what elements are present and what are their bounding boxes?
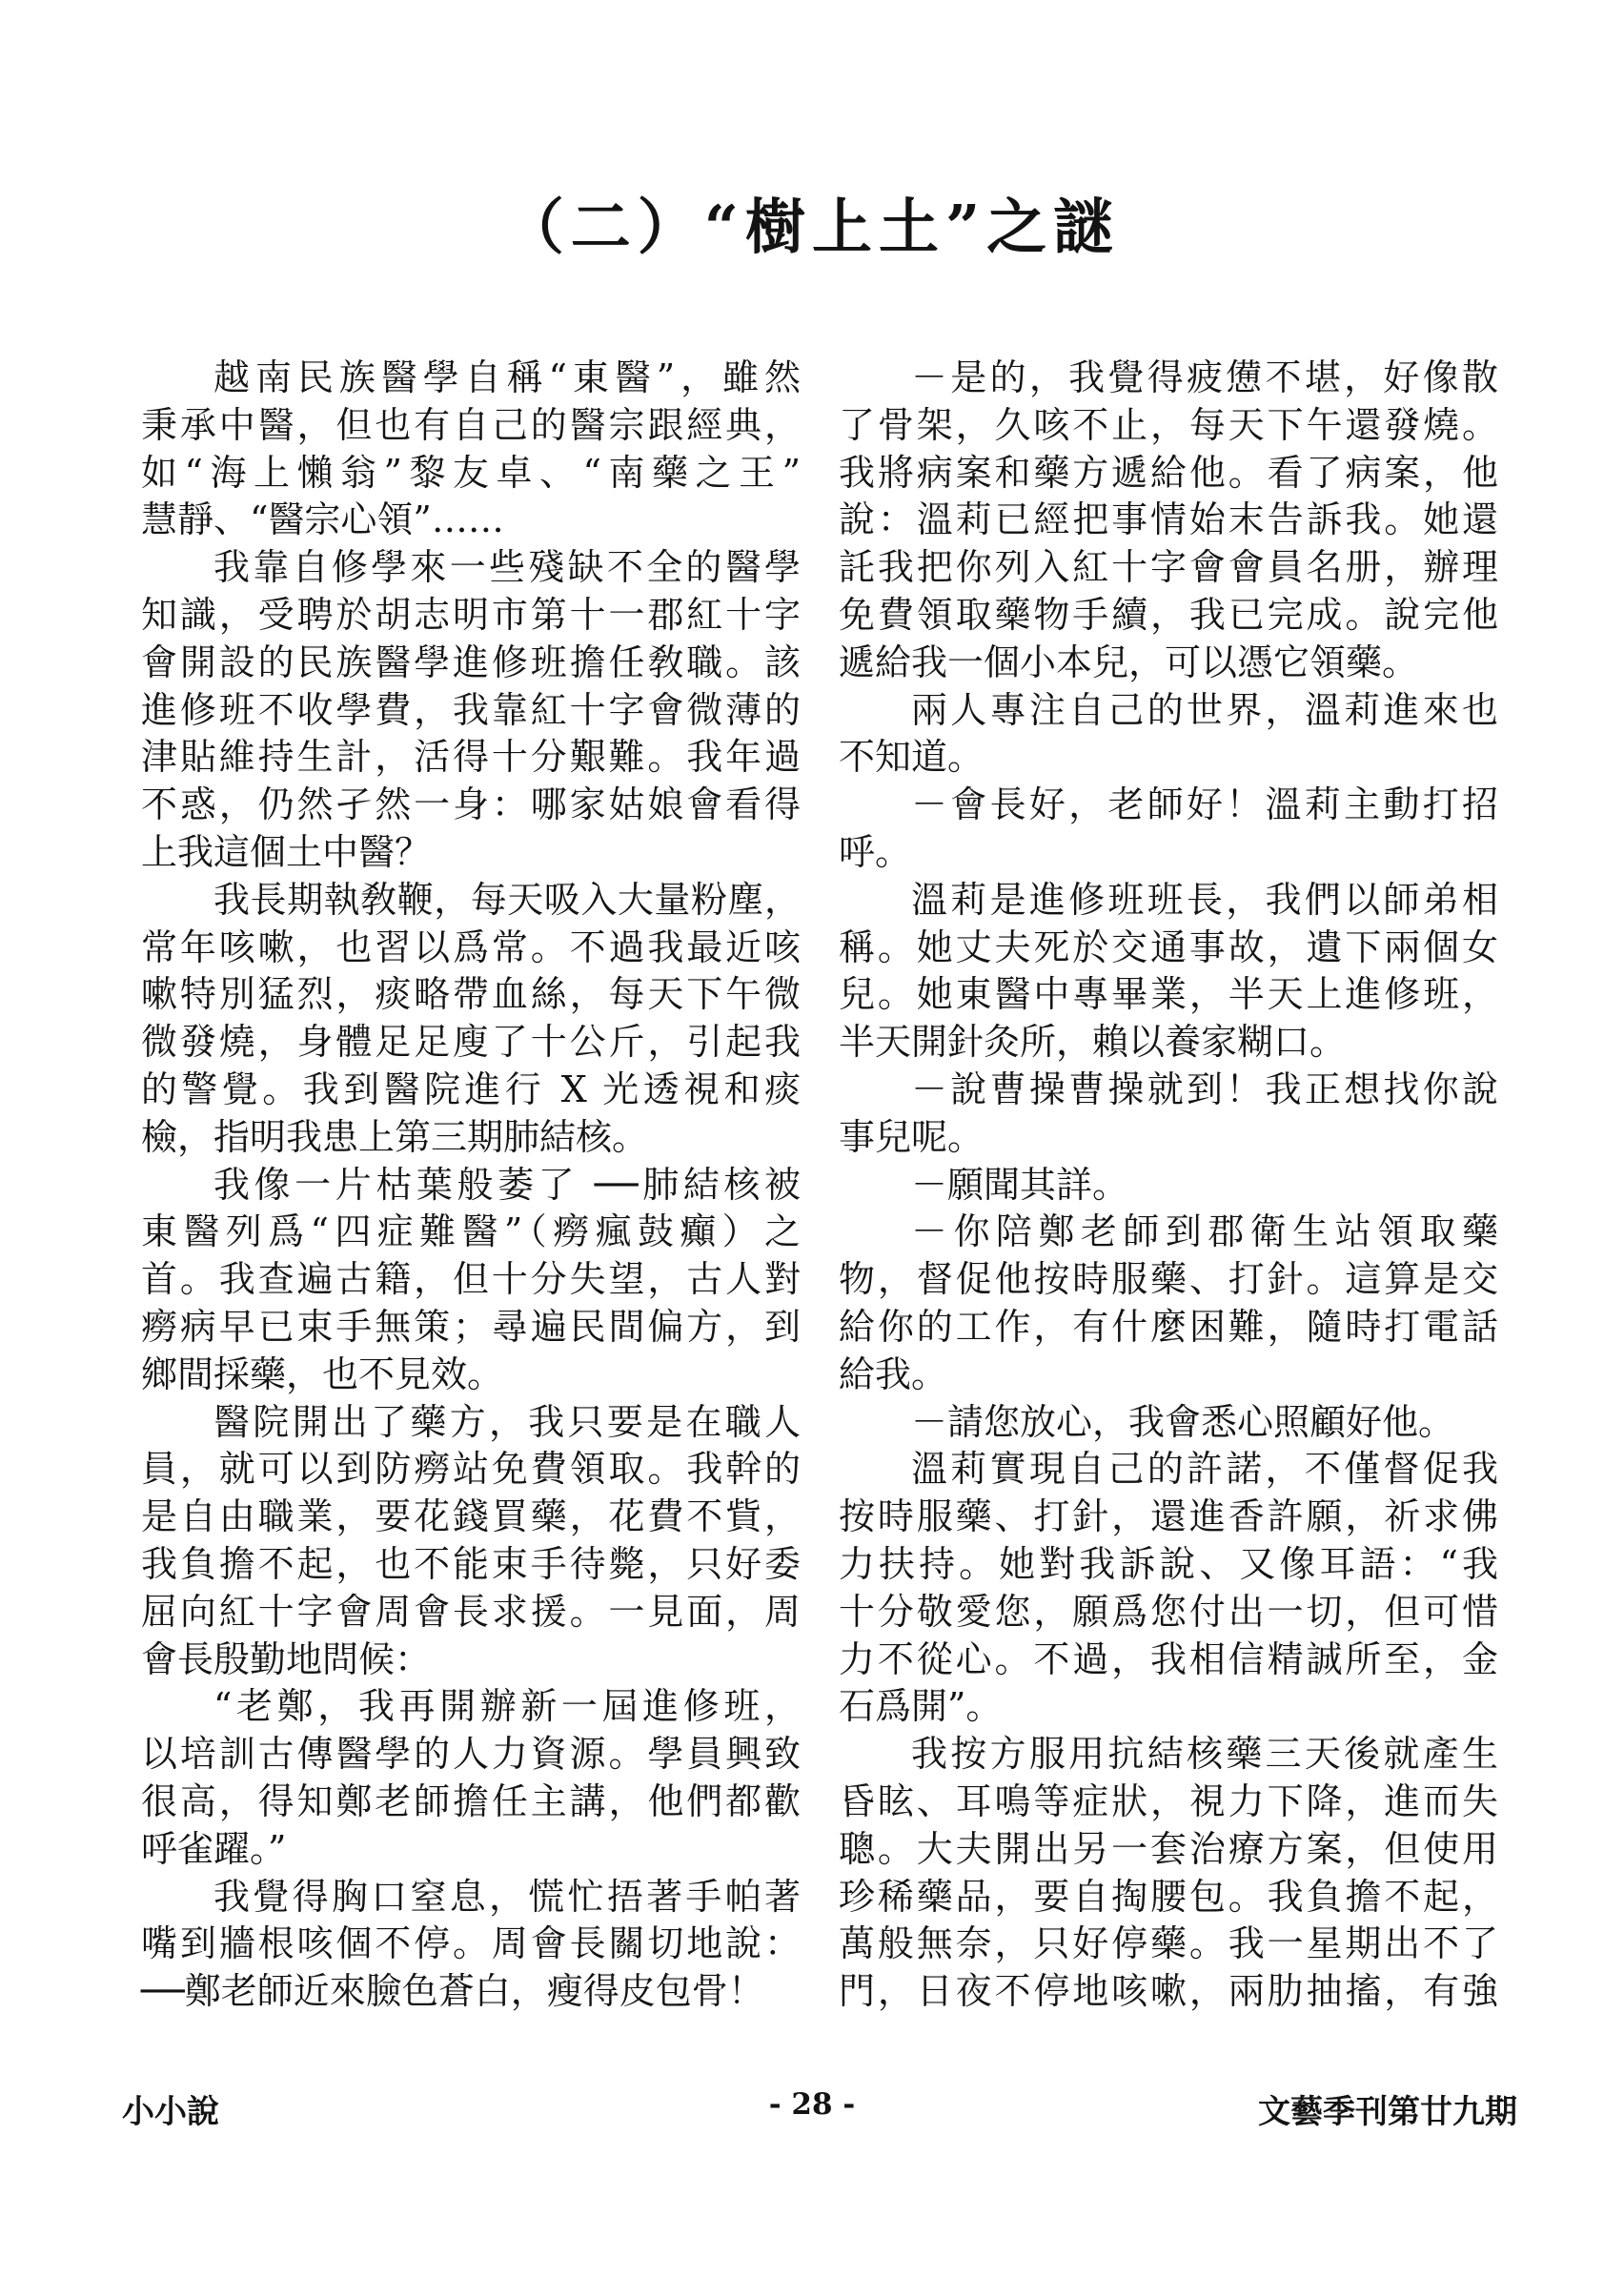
text-line: 鄉間採藥，也不見效。 xyxy=(141,1352,801,1399)
text-line: 珍稀藥品，要自掏腰包。我負擔不起， xyxy=(839,1874,1498,1921)
text-line: 萬般無奈，只好停藥。我一星期出不了 xyxy=(839,1921,1498,1968)
text-line: －請您放心，我會悉心照顧好他。 xyxy=(839,1399,1498,1447)
text-line: 知識，受聘於胡志明市第十一郡紅十字 xyxy=(141,592,801,640)
text-line: 很高，得知鄭老師擔任主講，他們都歡 xyxy=(141,1779,801,1826)
text-line: 以培訓古傳醫學的人力資源。學員興致 xyxy=(141,1731,801,1779)
text-line: 不惑，仍然孑然一身：哪家姑娘會看得 xyxy=(141,782,801,829)
text-line: 免費領取藥物手續，我已完成。說完他 xyxy=(839,592,1498,640)
text-line: 聰。大夫開出另一套治療方案，但使用 xyxy=(839,1826,1498,1874)
text-line: 癆病早已束手無策；尋遍民間偏方，到 xyxy=(141,1304,801,1352)
text-line: 力不從心。不過，我相信精誠所至，金 xyxy=(839,1637,1498,1684)
text-line: 我將病案和藥方遞給他。看了病案，他 xyxy=(839,450,1498,498)
text-line: 事兒呢。 xyxy=(839,1114,1498,1162)
text-line: 常年咳嗽，也習以爲常。不過我最近咳 xyxy=(141,925,801,972)
text-line: 稱。她丈夫死於交通事故，遺下兩個女 xyxy=(839,925,1498,972)
text-line: 呼。 xyxy=(839,829,1498,877)
text-line: 昏眩、耳鳴等症狀，視力下降，進而失 xyxy=(839,1779,1498,1826)
text-line: 十分敬愛您，願爲您付出一切，但可惜 xyxy=(839,1589,1498,1637)
text-line: 不知道。 xyxy=(839,734,1498,782)
left-column: 越南民族醫學自稱“東醫”，雖然秉承中醫，但也有自己的醫宗跟經典，如“海上懶翁”黎… xyxy=(141,355,801,2016)
text-line: 嘴到牆根咳個不停。周會長關切地說： xyxy=(141,1921,801,1968)
text-line: 嗽特別猛烈，痰略帶血絲，每天下午微 xyxy=(141,971,801,1019)
right-column: －是的，我覺得疲憊不堪，好像散了骨架，久咳不止，每天下午還發燒。我將病案和藥方遞… xyxy=(839,355,1498,2016)
text-line: －願聞其詳。 xyxy=(839,1162,1498,1210)
text-line: 我靠自修學來一些殘缺不全的醫學 xyxy=(141,544,801,592)
text-line: 給我。 xyxy=(839,1352,1498,1399)
text-line: 我負擔不起，也不能束手待斃，只好委 xyxy=(141,1541,801,1589)
text-line: 津貼維持生計，活得十分艱難。我年過 xyxy=(141,734,801,782)
text-line: 員，就可以到防癆站免費領取。我幹的 xyxy=(141,1446,801,1494)
text-line: 如“海上懶翁”黎友卓、“南藥之王” xyxy=(141,450,801,498)
footer-journal-title: 文藝季刊第廿九期 xyxy=(1258,2085,1517,2132)
text-line: 慧靜、“醫宗心領”…… xyxy=(141,497,801,544)
text-line: 是自由職業，要花錢買藥，花費不貲， xyxy=(141,1494,801,1541)
text-line: 首。我查遍古籍，但十分失望，古人對 xyxy=(141,1256,801,1304)
text-line: 我按方服用抗結核藥三天後就產生 xyxy=(839,1731,1498,1779)
text-line: 越南民族醫學自稱“東醫”，雖然 xyxy=(141,355,801,402)
text-line: “老鄭，我再開辦新一屆進修班， xyxy=(141,1683,801,1731)
text-line: 呼雀躍。” xyxy=(141,1826,801,1874)
text-line: 說：溫莉已經把事情始末告訴我。她還 xyxy=(839,497,1498,544)
text-line: 秉承中醫，但也有自己的醫宗跟經典， xyxy=(141,402,801,450)
text-line: 託我把你列入紅十字會會員名册，辦理 xyxy=(839,544,1498,592)
text-line: 溫莉是進修班班長，我們以師弟相 xyxy=(839,877,1498,925)
text-line: －你陪鄭老師到郡衛生站領取藥 xyxy=(839,1209,1498,1256)
text-line: 東醫列爲“四症難醫”（癆瘋鼓癲）之 xyxy=(141,1209,801,1256)
text-line: 我長期執敎鞭，每天吸入大量粉塵， xyxy=(141,877,801,925)
text-line: 石爲開”。 xyxy=(839,1683,1498,1731)
page-footer: 小小說 - 28 - 文藝季刊第廿九期 xyxy=(0,2085,1624,2129)
text-line: 遞給我一個小本兒，可以憑它領藥。 xyxy=(839,640,1498,687)
story-body: 越南民族醫學自稱“東醫”，雖然秉承中醫，但也有自己的醫宗跟經典，如“海上懶翁”黎… xyxy=(141,355,1498,2016)
text-line: 門，日夜不停地咳嗽，兩肋抽搐，有強 xyxy=(839,1968,1498,2016)
text-line: 上我這個土中醫？ xyxy=(141,829,801,877)
text-line: －說曹操曹操就到！我正想找你說 xyxy=(839,1067,1498,1114)
text-line: 按時服藥、打針，還進香許願，祈求佛 xyxy=(839,1494,1498,1541)
text-line: 的警覺。我到醫院進行 X 光透視和痰 xyxy=(141,1067,801,1114)
text-line: 屈向紅十字會周會長求援。一見面，周 xyxy=(141,1589,801,1637)
text-line: 半天開針灸所，賴以養家糊口。 xyxy=(839,1019,1498,1067)
text-line: 兒。她東醫中專畢業，半天上進修班， xyxy=(839,971,1498,1019)
text-line: －會長好，老師好！溫莉主動打招 xyxy=(839,782,1498,829)
text-line: 檢，指明我患上第三期肺結核。 xyxy=(141,1114,801,1162)
page-title: （二）“樹上土”之謎 xyxy=(0,179,1624,266)
text-line: 溫莉實現自己的許諾，不僅督促我 xyxy=(839,1446,1498,1494)
text-line: 了骨架，久咳不止，每天下午還發燒。 xyxy=(839,402,1498,450)
text-line: 我覺得胸口窒息，慌忙捂著手帕著 xyxy=(141,1874,801,1921)
text-line: ──鄭老師近來臉色蒼白，瘦得皮包骨！ xyxy=(141,1968,801,2016)
text-line: 會開設的民族醫學進修班擔任敎職。該 xyxy=(141,640,801,687)
text-line: 物，督促他按時服藥、打針。這算是交 xyxy=(839,1256,1498,1304)
text-line: 兩人專注自己的世界，溫莉進來也 xyxy=(839,687,1498,735)
text-line: 醫院開出了藥方，我只要是在職人 xyxy=(141,1399,801,1447)
text-line: 會長殷勤地問候： xyxy=(141,1637,801,1684)
text-line: 給你的工作，有什麼困難，隨時打電話 xyxy=(839,1304,1498,1352)
text-line: －是的，我覺得疲憊不堪，好像散 xyxy=(839,355,1498,402)
text-line: 我像一片枯葉般萎了 ──肺結核被 xyxy=(141,1162,801,1210)
page: （二）“樹上土”之謎 越南民族醫學自稱“東醫”，雖然秉承中醫，但也有自己的醫宗跟… xyxy=(0,0,1624,2277)
text-line: 力扶持。她對我訴說、又像耳語：“我 xyxy=(839,1541,1498,1589)
text-line: 進修班不收學費，我靠紅十字會微薄的 xyxy=(141,687,801,735)
text-line: 微發燒，身體足足廋了十公斤，引起我 xyxy=(141,1019,801,1067)
